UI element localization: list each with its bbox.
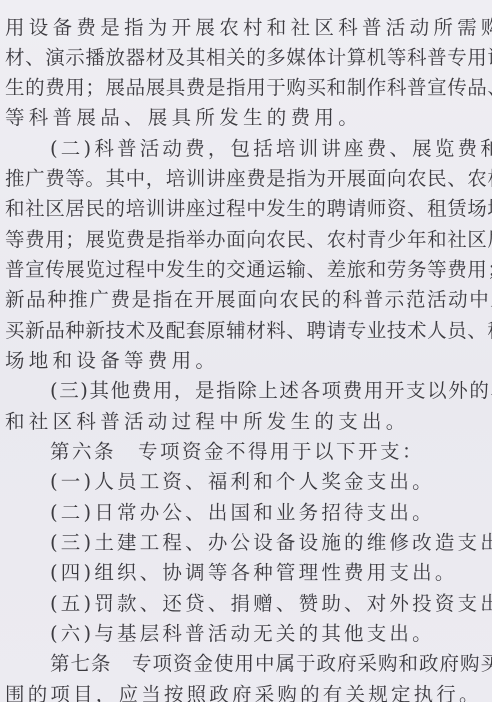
text-line: 生的费用；展品展具费是指用于购买和制作科普宣传品、宣传栏 [5, 73, 475, 103]
list-item: (五)罚款、还贷、捐赠、赞助、对外投资支出。 [50, 589, 492, 619]
text-line: 普宣传展览过程中发生的交通运输、差旅和劳务等费用；新技术 [5, 255, 475, 285]
text-line: 围的项目，应当按照政府采购的有关规定执行。 [5, 680, 482, 702]
text-line: 用设备费是指为开展农村和社区科普活动所需购买影像制作器 [5, 13, 475, 43]
text-line: 材、演示播放器材及其相关的多媒体计算机等科普专用设备所发 [5, 43, 475, 73]
text-line: 推广费等。其中，培训讲座费是指为开展面向农民、农村青少年 [5, 164, 475, 194]
text-line: 买新品种新技术及配套原辅材料、聘请专业技术人员、租赁示范 [5, 316, 475, 346]
paragraph-heading-2: (二)科普活动费，包括培训讲座费、展览费和新技术新品种 [50, 134, 492, 164]
list-item: (二)日常办公、出国和业务招待支出。 [50, 498, 435, 528]
list-item: (六)与基层科普活动无关的其他支出。 [50, 619, 435, 649]
text-line: 场地和设备等费用。 [5, 346, 219, 376]
list-item: (四)组织、协调等各种管理性费用支出。 [50, 558, 458, 588]
article-6-heading: 第六条 专项资金不得用于以下开支： [50, 437, 424, 467]
paragraph-heading-3: (三)其他费用，是指除上述各项费用开支以外的、开展农村 [50, 376, 492, 406]
list-item: (一)人员工资、福利和个人奖金支出。 [50, 467, 435, 497]
article-7-heading: 第七条 专项资金使用中属于政府采购和政府购买服务范 [50, 649, 492, 679]
scanned-document-page: 用设备费是指为开展农村和社区科普活动所需购买影像制作器 材、演示播放器材及其相关… [0, 0, 492, 702]
list-item: (三)土建工程、办公设备设施的维修改造支出。 [50, 528, 492, 558]
text-line: 和社区居民的培训讲座过程中发生的聘请师资、租赁场地和设备 [5, 194, 475, 224]
text-line: 新品种推广费是指在开展面向农民的科普示范活动中发生的购 [5, 285, 475, 315]
text-line: 等科普展品、展具所发生的费用。 [5, 103, 362, 133]
text-line: 和社区科普活动过程中所发生的支出。 [5, 407, 410, 437]
text-line: 等费用；展览费是指举办面向农民、农村青少年和社区居民的科 [5, 225, 475, 255]
